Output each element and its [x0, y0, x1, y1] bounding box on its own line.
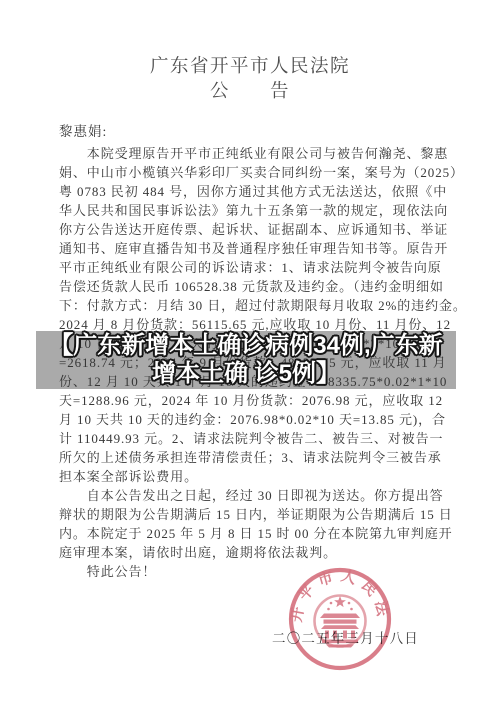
seal-national-emblem [320, 596, 360, 648]
court-name: 广东省开平市人民法院 [0, 55, 500, 79]
doc-line: 粤 0783 民初 484 号，因你方通过其他方式无法送达，依照《中 [59, 182, 457, 201]
doc-line: 辩状的期限为公告期满后 15 日内，举证期限为公告期满后 15 日 [59, 505, 457, 524]
doc-line: 你方公告送达开庭传票、起诉状、证据副本、应诉通知书、举证 [59, 220, 457, 239]
news-caption-line: 【广东新增本土确诊病例34例,广东新 [49, 332, 442, 360]
doc-line: 告偿还货款人民币 106528.38 元货款及违约金。（违约金明细如 [59, 277, 457, 296]
doc-line: 华人民共和国民事诉讼法》第九十五条第一款的规定，现依法向 [59, 201, 457, 220]
news-caption-overlay: 【广东新增本土确诊病例34例,广东新 增本土确 诊5例】 [36, 331, 456, 389]
doc-line: 下：付款方式：月结 30 日，超过付款期限每月收取 2%的违约金。 [59, 296, 457, 315]
document-header: 广东省开平市人民法院 公 告 [0, 55, 500, 105]
doc-line: 平市正纯纸业有限公司的诉讼请求：1、请求法院判令被告向原 [59, 258, 457, 277]
doc-line: 通知书、庭审直播告知书及普通程序独任审理告知书等。原告开 [59, 239, 457, 258]
doc-line: 计 110449.93 元。2、请求法院判令被告二、被告三、对被告一 [59, 429, 457, 448]
doc-line: 所欠的上述债务承担连带清偿责任；3、请求法院判令三被告承 [59, 448, 457, 467]
doc-line: 天=1288.96 元，2024 年 10 月份货款：2076.98 元，应收取… [59, 391, 457, 410]
court-announcement-page: 广东省开平市人民法院 公 告 黎惠娟: 本院受理原告开平市正纯纸业有限公司与被告… [0, 0, 500, 713]
court-seal: 开平市人民法院 [287, 566, 393, 672]
doc-line: 月 10 天共 10 天的违约金：2076.98*0.02*10 天=13.85… [59, 410, 457, 429]
doc-line: 娟、中山市小榄镇兴华彩印厂买卖合同纠纷一案，案号为（2025） [59, 163, 457, 182]
doc-line: 自本公告发出之日起，经过 30 日即视为送达。你方提出答 [59, 486, 457, 505]
doc-line: 本院受理原告开平市正纯纸业有限公司与被告何瀚尧、黎惠 [59, 144, 457, 163]
doc-line: 庭审理本案，请依时出庭，逾期将依法裁判。 [59, 543, 457, 562]
news-caption-line: 增本土确 诊5例】 [152, 360, 340, 388]
doc-line: 特此公告！ [59, 562, 457, 581]
addressee: 黎惠娟: [59, 120, 107, 140]
doc-line: 担本案全部诉讼费用。 [59, 467, 457, 486]
doc-line: 内。本院定于 2025 年 5 月 8 日 15 时 00 分在本院第九审判庭开 [59, 524, 457, 543]
document-type-title: 公 告 [0, 79, 500, 105]
